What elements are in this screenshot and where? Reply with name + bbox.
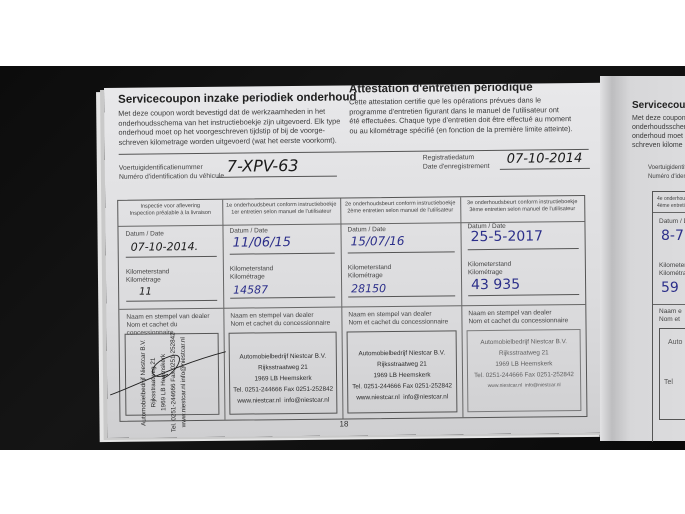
stamp-text: Automobielbedrijf Niestcar B.V. Rijksstr… <box>348 347 457 403</box>
stamp-email: info@niestcar.nl <box>403 393 448 400</box>
column-header-fr: 2ème entretien selon manuel de l'utilisa… <box>340 207 460 215</box>
vin-label: Voertuigidentificatienummer Numéro d'ide… <box>119 164 224 182</box>
coupon-pre-delivery: Inspectie voor aflevering Inspection pré… <box>118 200 225 421</box>
right-column-header-fr: 4ème entretien <box>657 203 685 210</box>
dealer-stamp: Automobielbedrijf Niestcar B.V. Rijksstr… <box>229 332 338 415</box>
right-stamp-label-fr: Nom et <box>659 316 682 324</box>
stamp-label-fr: Nom et cachet du concessionnaire <box>348 318 448 327</box>
date-underline <box>126 256 217 258</box>
title-nl: Servicecoupon inzake periodiek onderhoud <box>118 91 356 105</box>
booklet-right-page: Servicecoupon Met deze coupon onderhouds… <box>600 76 685 441</box>
dealer-stamp: Automobielbedrijf Niestcar B.V. Rijksstr… <box>347 330 458 413</box>
right-mileage-label: Kilometers Kilométra <box>659 262 685 278</box>
mileage-label-nl: Kilometerstand <box>126 268 169 276</box>
mileage-label-nl: Kilometerstand <box>230 265 273 273</box>
column-header-fr: 1er entretien selon manuel de l'utilisat… <box>222 209 340 217</box>
stamp-label: Naam en stempel van dealer Nom et cachet… <box>230 312 330 329</box>
column-header: Inspectie voor aflevering Inspection pré… <box>118 200 222 227</box>
divider <box>119 308 223 310</box>
right-intro-line: onderhoud moet <box>632 132 685 141</box>
mileage-underline <box>348 295 455 297</box>
right-mileage-label-nl: Kilometers <box>659 262 685 270</box>
vin-value: 7-XPV-63 <box>227 156 299 176</box>
vin-underline <box>217 176 337 178</box>
right-coupon: 4e onderhoudsbe 4ème entretien Datum / D… <box>652 191 685 442</box>
mileage-label-fr: Kilométrage <box>348 272 391 280</box>
mileage-label: Kilometerstand Kilométrage <box>126 268 170 284</box>
mileage-underline <box>230 297 335 299</box>
stamp-name: Automobielbedrijf Niestcar B.V. <box>230 351 336 363</box>
divider <box>653 304 685 305</box>
column-header: 2e onderhoudsbeurt conform instructieboe… <box>340 197 460 224</box>
right-intro-line: Met deze coupon <box>632 114 685 123</box>
stamp-contact: www.niestcar.nl info@niestcar.nl <box>348 391 456 403</box>
mileage-label-nl: Kilometerstand <box>468 261 511 269</box>
stamp-name: Automobielbedrijf Niestcar B.V. <box>468 336 580 348</box>
mileage-underline <box>126 300 217 302</box>
mileage-label-nl: Kilometerstand <box>348 264 391 272</box>
mileage-underline <box>468 294 579 296</box>
stamp-email: info@niestcar.nl <box>284 397 329 404</box>
registration-label: Registratiedatum Date d'enregistrement <box>423 154 490 172</box>
service-coupon-table: Inspectie voor aflevering Inspection pré… <box>117 195 587 422</box>
right-stamp-text: Auto <box>668 339 682 346</box>
stamp-email: info@niestcar.nl <box>525 382 561 388</box>
intro-nl-line: schreven kilometrage worden uitgevoerd (… <box>119 135 349 147</box>
right-stamp-label: Naam e Nom et <box>659 308 682 324</box>
mileage-value: 14587 <box>233 283 268 296</box>
registration-value: 07-10-2014 <box>507 151 583 167</box>
intro-nl: Met deze coupon wordt bevestigd dat de w… <box>118 106 348 146</box>
date-value: 15/07/16 <box>351 234 405 249</box>
date-underline <box>468 248 579 250</box>
stamp-web: www.niestcar.nl <box>237 397 280 404</box>
coupon-service-2: 2e onderhoudsbeurt conform instructieboe… <box>340 197 463 418</box>
right-dealer-stamp: Auto Tel <box>659 328 685 420</box>
stamp-label-fr: Nom et cachet du concessionnaire <box>468 317 568 326</box>
divider <box>653 212 685 213</box>
column-header: 1e onderhoudsbeurt conform instructieboe… <box>222 199 340 226</box>
column-header-fr: Inspection préalable à la livraison <box>118 210 222 218</box>
right-date-label: Datum / Da <box>659 218 685 225</box>
booklet-left-page: Servicecoupon inzake periodiek onderhoud… <box>104 83 608 438</box>
title-fr: Attestation d'entretien périodique <box>349 82 533 96</box>
mileage-value: 43 935 <box>471 277 520 294</box>
right-mileage-value: 59 <box>661 280 679 296</box>
mileage-label: Kilometerstand Kilométrage <box>468 261 512 277</box>
date-value: 11/06/15 <box>233 235 292 251</box>
date-underline <box>230 253 335 255</box>
right-stamp-label-nl: Naam e <box>659 308 682 316</box>
date-value: 25-5-2017 <box>470 228 543 245</box>
intro-fr: Cette attestation certifie que les opéra… <box>349 95 599 136</box>
stamp-text: Automobielbedrijf Niestcar B.V. Rijksstr… <box>468 336 581 392</box>
mileage-label: Kilometerstand Kilométrage <box>348 264 392 280</box>
divider <box>461 304 585 306</box>
divider <box>223 307 341 309</box>
stamp-contact: www.niestcar.nl info@niestcar.nl <box>468 380 580 392</box>
stamp-contact: www.niestcar.nl info@niestcar.nl <box>230 395 336 407</box>
stamp-text: Automobielbedrijf Niestcar B.V. Rijksstr… <box>230 351 337 407</box>
coupon-service-1: 1e onderhoudsbeurt conform instructieboe… <box>222 199 343 420</box>
right-date-value: 8-7 <box>661 228 684 244</box>
right-column-header: 4e onderhoudsbe 4ème entretien <box>657 196 685 210</box>
right-intro-line: onderhoudsschema <box>632 123 685 132</box>
registration-label-fr: Date d'enregistrement <box>423 162 490 171</box>
registration-underline <box>500 168 590 170</box>
right-stamp-text: Tel <box>664 379 673 386</box>
right-column-header-nl: 4e onderhoudsbe <box>657 196 685 203</box>
stamp-name: Automobielbedrijf Niestcar B.V. <box>348 347 456 359</box>
right-intro: Met deze coupon onderhoudsschema onderho… <box>632 114 685 150</box>
date-underline <box>348 251 455 253</box>
column-header-fr: 3ème entretien selon manuel de l'utilisa… <box>460 206 584 214</box>
right-vin-label-fr: Numéro d'identif <box>648 173 685 182</box>
right-vin-label-nl: Voertuigidentific <box>648 164 685 173</box>
mileage-label: Kilometerstand Kilométrage <box>230 265 274 281</box>
stamp-label: Naam en stempel van dealer Nom et cachet… <box>348 310 448 327</box>
mileage-value: 11 <box>139 287 152 298</box>
dealer-stamp: Automobielbedrijf Niestcar B.V. Rijksstr… <box>467 329 582 412</box>
stamp-phone: Tel. 0251-244666 Fax 0251-252842 <box>468 369 580 381</box>
right-vin-label: Voertuigidentific Numéro d'identif <box>648 164 685 181</box>
right-mileage-label-fr: Kilométra <box>659 270 685 278</box>
divider <box>341 305 461 307</box>
mileage-value: 28150 <box>351 282 386 295</box>
right-intro-line: schreven kilome <box>632 141 685 150</box>
coupon-service-3: 3e onderhoudsbeurt conform instructieboe… <box>460 196 586 417</box>
stamp-web: www.niestcar.nl <box>488 383 523 389</box>
stamp-label: Naam en stempel van dealer Nom et cachet… <box>468 309 568 326</box>
date-value: 07-10-2014. <box>131 240 199 254</box>
stamp-web: www.niestcar.nl <box>356 394 399 401</box>
mileage-label-fr: Kilométrage <box>230 273 273 281</box>
stamp-label-fr: Nom et cachet du concessionnaire <box>230 320 330 329</box>
right-title: Servicecoupon <box>632 100 685 111</box>
vin-label-fr: Numéro d'identification du véhicule <box>119 172 224 182</box>
column-header: 3e onderhoudsbeurt conform instructieboe… <box>460 196 584 223</box>
date-label: Datum / Date <box>125 230 163 238</box>
dealer-stamp: Automobielbedrijf Niestcar B.V. Rijksstr… <box>125 333 220 416</box>
page-number: 18 <box>339 419 348 428</box>
signature <box>108 344 229 405</box>
intro-fr-line: ou au kilométrage spécifié (en fonction … <box>349 123 599 135</box>
mileage-label-fr: Kilométrage <box>126 276 169 284</box>
photo: Servicecoupon inzake periodiek onderhoud… <box>0 66 685 450</box>
